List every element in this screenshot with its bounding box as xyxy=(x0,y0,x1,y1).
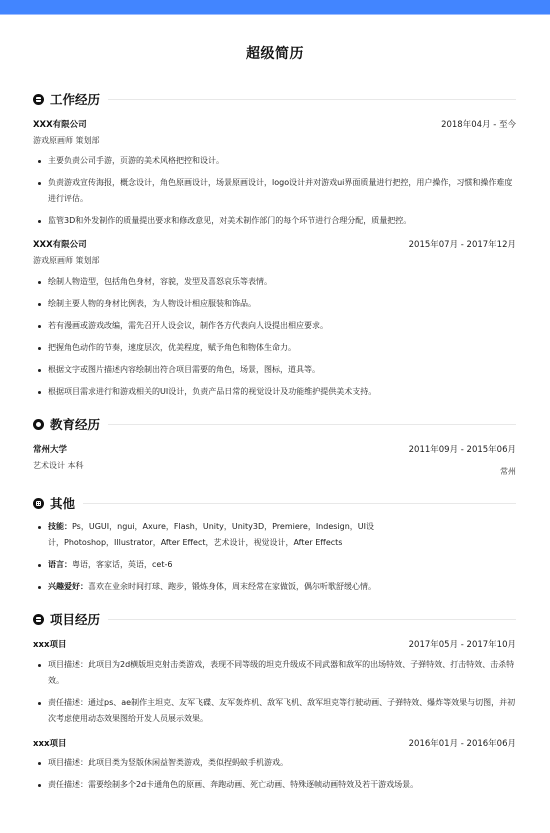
work-bullets: 绘制人物造型，包括角色身材，容貌，发型及喜怒哀乐等表情。 绘制主要人物的身材比例… xyxy=(36,274,516,406)
section-header-education: 教育经历 xyxy=(33,414,516,434)
section-divider xyxy=(83,503,516,504)
briefcase-icon xyxy=(33,94,44,105)
list-item: 监管3D和外发制作的质量提出要求和修改意见，对美术制作部门的每个环节进行合理分配… xyxy=(36,213,516,229)
list-item: 主要负责公司手游，页游的美术风格把控和设计。 xyxy=(36,153,516,169)
list-item: 根据项目需求进行和游戏相关的UI设计，负责产品日常的视觉设计及功能维护提供美术支… xyxy=(36,384,516,400)
page-title: 超级简历 xyxy=(0,43,550,63)
list-item: 把握角色动作的节奏，速度层次，优美程度，赋予角色和物体生命力。 xyxy=(36,340,516,356)
section-header-projects: 项目经历 xyxy=(33,609,516,629)
list-item-languages: 语言：粤语，客家话，英语，cet-6 xyxy=(36,557,376,573)
grid-icon xyxy=(33,498,44,509)
item-label: 技能： xyxy=(48,522,72,531)
list-item: 责任描述：通过ps、ae制作主坦克、友军飞碟、友军轰炸机、敌军飞机、敌军坦克等行… xyxy=(36,695,516,727)
list-item: 负责游戏宣传海报，概念设计，角色原画设计，场景原画设计，logo设计并对游戏ui… xyxy=(36,175,516,207)
list-item: 责任描述：需要绘制多个2d卡通角色的原画、奔跑动画、死亡动画、特殊逐帧动画特效及… xyxy=(36,777,516,793)
project-entry-header: xxx项目 2016年01月 - 2016年06月 xyxy=(33,736,516,750)
item-label: 兴趣爱好： xyxy=(48,582,88,591)
work-entry-header: XXX有限公司 2015年07月 - 2017年12月 xyxy=(33,237,516,251)
item-text: 喜欢在业余时间打球、跑步，锻炼身体，周末经常在家做饭，偶尔听歌舒缓心情。 xyxy=(88,582,376,591)
job-role: 游戏原画师 策划部 xyxy=(33,255,100,266)
section-title: 其他 xyxy=(50,494,75,512)
location: 常州 xyxy=(500,466,516,477)
date-range: 2015年07月 - 2017年12月 xyxy=(409,238,516,250)
list-item: 绘制主要人物的身材比例表，为人物设计相应服装和饰品。 xyxy=(36,296,516,312)
list-item: 根据文字或图片描述内容绘制出符合项目需要的角色，场景，图标，道具等。 xyxy=(36,362,516,378)
item-text: Ps，UGUI，ngui，Axure，Flash，Unity，Unity3D，P… xyxy=(48,522,374,547)
list-item: 若有漫画或游戏改编，需先召开人设会议，制作各方代表向人设提出相应要求。 xyxy=(36,318,516,334)
list-item-hobbies: 兴趣爱好：喜欢在业余时间打球、跑步，锻炼身体，周末经常在家做饭，偶尔听歌舒缓心情… xyxy=(36,579,516,595)
major: 艺术设计 本科 xyxy=(33,460,84,471)
school-name: 常州大学 xyxy=(33,443,67,455)
education-entry-header: 常州大学 2011年09月 - 2015年06月 xyxy=(33,442,516,456)
item-label: 语言： xyxy=(48,560,72,569)
section-title: 工作经历 xyxy=(50,90,100,108)
work-bullets: 主要负责公司手游，页游的美术风格把控和设计。 负责游戏宣传海报，概念设计，角色原… xyxy=(36,153,516,235)
work-entry-header: XXX有限公司 2018年04月 - 至今 xyxy=(33,117,516,131)
section-header-other: 其他 xyxy=(33,493,516,513)
project-bullets: 项目描述：此项目类为竖版休闲益智类游戏，类似捏蚂蚁手机游戏。 责任描述：需要绘制… xyxy=(36,755,516,799)
section-divider xyxy=(108,619,516,620)
date-range: 2017年05月 - 2017年10月 xyxy=(409,638,516,650)
job-role: 游戏原画师 策划部 xyxy=(33,135,100,146)
project-entry-header: xxx项目 2017年05月 - 2017年10月 xyxy=(33,637,516,651)
date-range: 2016年01月 - 2016年06月 xyxy=(409,737,516,749)
company-name: XXX有限公司 xyxy=(33,118,87,130)
section-header-work: 工作经历 xyxy=(33,89,516,109)
section-divider xyxy=(108,99,516,100)
top-accent-bar xyxy=(0,0,550,15)
list-item: 项目描述：此项目类为竖版休闲益智类游戏，类似捏蚂蚁手机游戏。 xyxy=(36,755,516,771)
project-icon xyxy=(33,614,44,625)
list-item: 绘制人物造型，包括角色身材，容貌，发型及喜怒哀乐等表情。 xyxy=(36,274,516,290)
other-bullets: 技能：Ps，UGUI，ngui，Axure，Flash，Unity，Unity3… xyxy=(36,519,376,601)
list-item: 项目描述：此项目为2d横版坦克射击类游戏，表现不同等级的坦克升级成不同武器和敌军… xyxy=(36,657,516,689)
section-divider xyxy=(108,424,516,425)
section-title: 教育经历 xyxy=(50,415,100,433)
project-name: xxx项目 xyxy=(33,737,66,749)
section-title: 项目经历 xyxy=(50,610,100,628)
date-range: 2011年09月 - 2015年06月 xyxy=(409,443,516,455)
project-bullets: 项目描述：此项目为2d横版坦克射击类游戏，表现不同等级的坦克升级成不同武器和敌军… xyxy=(36,657,516,733)
date-range: 2018年04月 - 至今 xyxy=(441,118,516,130)
company-name: XXX有限公司 xyxy=(33,238,87,250)
project-name: xxx项目 xyxy=(33,638,66,650)
list-item-skills: 技能：Ps，UGUI，ngui，Axure，Flash，Unity，Unity3… xyxy=(36,519,376,551)
item-text: 粤语，客家话，英语，cet-6 xyxy=(72,560,172,569)
graduation-icon xyxy=(33,419,44,430)
